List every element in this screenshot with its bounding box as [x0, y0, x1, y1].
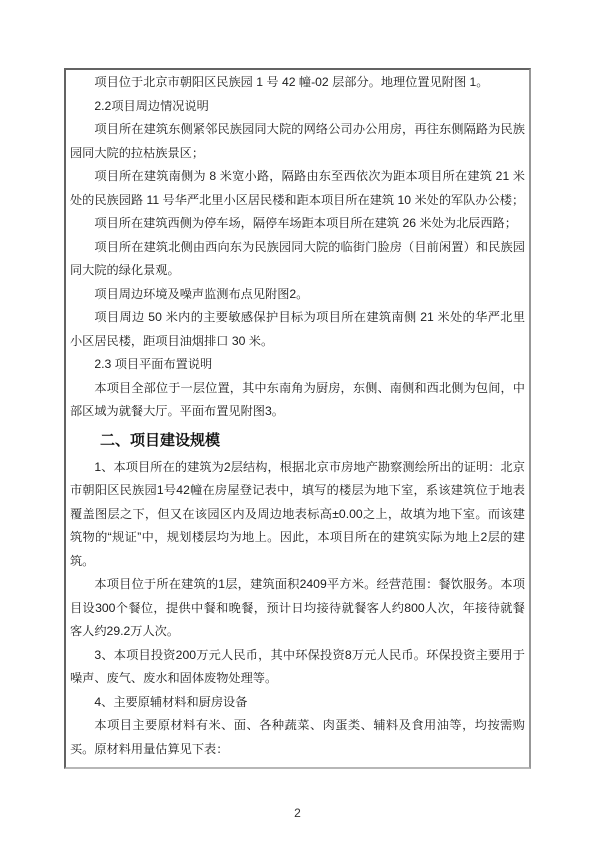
report-table-cell: 项目位于北京市朝阳区民族园 1 号 42 幢-02 层部分。地理位置见附图 1。… — [64, 68, 531, 769]
paragraph-sensitive-targets: 项目周边 50 米内的主要敏感保护目标为项目所在建筑南侧 21 米处的华严北里小… — [70, 306, 525, 353]
paragraph-materials-heading: 4、主要原辅材料和厨房设备 — [70, 691, 525, 715]
paragraph-raw-materials: 本项目主要原材料有米、面、各种蔬菜、肉蛋类、辅料及食用油等，均按需购买。原材料用… — [70, 714, 525, 761]
paragraph-business-scope: 本项目位于所在建筑的1层，建筑面积2409平方米。经营范围：餐饮服务。本项目设3… — [70, 573, 525, 644]
paragraph-floor-layout: 本项目全部位于一层位置，其中东南角为厨房，东侧、南侧和西北侧为包间，中部区域为就… — [70, 377, 525, 424]
paragraph-building-structure: 1、本项目所在的建筑为2层结构，根据北京市房地产勘察测绘所出的证明：北京市朝阳区… — [70, 456, 525, 574]
paragraph-monitoring-points: 项目周边环境及噪声监测布点见附图2。 — [70, 283, 525, 307]
paragraph-surrounding-south: 项目所在建筑南侧为 8 米宽小路，隔路由东至西依次为距本项目所在建筑 21 米处… — [70, 165, 525, 212]
paragraph-project-location: 项目位于北京市朝阳区民族园 1 号 42 幢-02 层部分。地理位置见附图 1。 — [70, 71, 525, 95]
heading-2-2: 2.2项目周边情况说明 — [70, 95, 525, 119]
paragraph-surrounding-west: 项目所在建筑西侧为停车场，隔停车场距本项目所在建筑 26 米处为北辰西路； — [70, 212, 525, 236]
paragraph-surrounding-north: 项目所在建筑北侧由西向东为民族园同大院的临街门脸房（目前闲置）和民族园同大院的绿… — [70, 236, 525, 283]
document-page: 项目位于北京市朝阳区民族园 1 号 42 幢-02 层部分。地理位置见附图 1。… — [0, 0, 595, 841]
heading-2-3: 2.3 项目平面布置说明 — [70, 353, 525, 377]
paragraph-surrounding-east: 项目所在建筑东侧紧邻民族园同大院的网络公司办公用房，再往东侧隔路为民族园同大院的… — [70, 118, 525, 165]
page-number: 2 — [0, 806, 595, 820]
section-heading-construction-scale: 二、项目建设规模 — [70, 429, 525, 453]
paragraph-investment: 3、本项目投资200万元人民币，其中环保投资8万元人民币。环保投资主要用于噪声、… — [70, 644, 525, 691]
